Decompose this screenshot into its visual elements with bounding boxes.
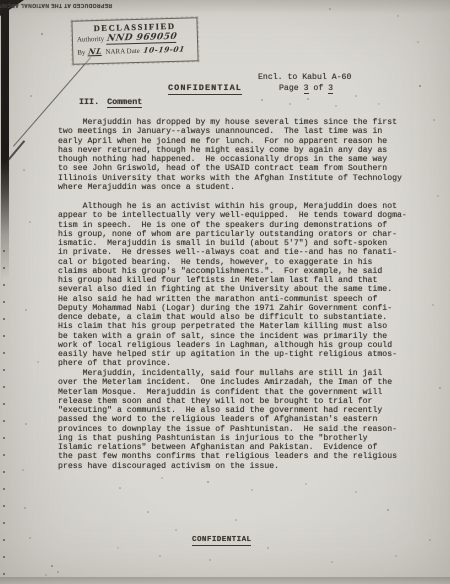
stamp-nara-date-value: 10-19-01: [142, 46, 185, 55]
section-heading: III.Comment: [79, 97, 142, 107]
stamp-by-initials: NL: [88, 47, 103, 56]
classification-header: CONFIDENTIAL: [168, 83, 242, 95]
section-number: III.: [79, 97, 99, 107]
section-title: Comment: [107, 97, 142, 108]
archive-reproduction-note: REPRODUCED AT THE NATIONAL ARCHIVES: [8, 2, 112, 8]
scan-left-edge-dashes: [3, 250, 5, 584]
page-indicator: Page 3 of 3: [279, 84, 333, 93]
page-number: 3: [304, 84, 309, 94]
page-total: 3: [328, 84, 333, 94]
stamp-by-label: By: [77, 48, 85, 56]
paragraph-3: Merajuddin, incidentally, said four mull…: [58, 369, 428, 471]
stamp-authority-value: NND 969050: [106, 33, 177, 45]
scan-bottom-edge: [0, 577, 450, 584]
enclosure-reference: Encl. to Kabul A-60: [258, 73, 351, 82]
scanned-document-page: REPRODUCED AT THE NATIONAL ARCHIVES DECL…: [0, 0, 450, 584]
classification-footer: CONFIDENTIAL: [192, 536, 251, 546]
paragraph-2: Although he is an activist within his gr…: [58, 202, 428, 369]
declassified-stamp: DECLASSIFIED Authority NND 969050 By NL …: [71, 17, 198, 65]
stamp-nara-date-label: NARA Date: [105, 47, 140, 56]
page-of: of: [313, 84, 323, 93]
scan-left-edge-bar: [1, 0, 9, 280]
page-prefix: Page: [279, 84, 299, 93]
stamp-authority-label: Authority: [77, 35, 104, 44]
paragraph-1: Merajuddin has dropped by my house sever…: [58, 118, 428, 192]
